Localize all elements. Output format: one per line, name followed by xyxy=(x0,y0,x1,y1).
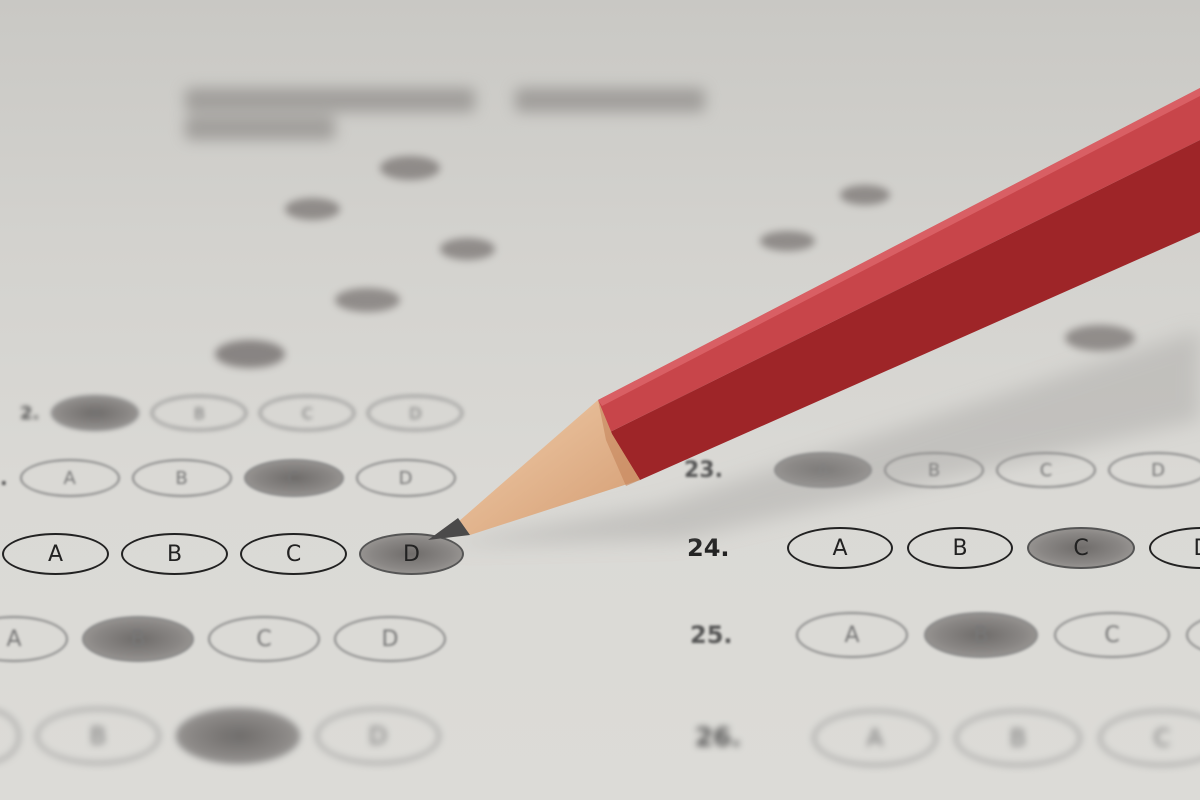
answer-bubble-b[interactable]: B xyxy=(132,459,232,497)
answer-row: 2. A B C D xyxy=(20,395,463,431)
answer-bubble-d[interactable]: D xyxy=(359,533,464,575)
answer-bubble-b[interactable]: B xyxy=(924,612,1038,658)
answer-bubble-a[interactable]: A xyxy=(0,616,68,662)
answer-bubble-c[interactable]: C xyxy=(1099,710,1200,766)
answer-bubble-b[interactable]: B xyxy=(82,616,194,662)
answer-bubble-c[interactable]: C xyxy=(259,395,355,431)
answer-row-focused: 24. A B C D xyxy=(687,527,1200,569)
answer-row: 25. A B C xyxy=(690,612,1200,658)
question-number: 23. xyxy=(684,458,762,483)
pencil-wood-cone xyxy=(458,400,640,535)
answer-bubble-a[interactable]: A xyxy=(0,708,20,764)
answer-bubble-a[interactable]: A xyxy=(796,612,908,658)
answer-bubble-c[interactable]: C xyxy=(240,533,347,575)
answer-bubble-c[interactable]: C xyxy=(176,708,300,764)
answer-bubble-b[interactable]: B xyxy=(884,452,984,488)
answer-bubble-b[interactable]: B xyxy=(121,533,228,575)
answer-bubble-b[interactable]: B xyxy=(955,710,1081,766)
question-number: 2. xyxy=(20,403,39,424)
answer-row: 23. A B C D xyxy=(684,452,1200,488)
answer-row: A B C D xyxy=(0,708,440,764)
answer-row-active: A B C D xyxy=(2,533,464,575)
answer-bubble-d[interactable]: D xyxy=(356,459,456,497)
question-number: 24. xyxy=(687,534,773,562)
answer-bubble-c[interactable]: C xyxy=(1027,527,1135,569)
answer-bubble-c[interactable]: C xyxy=(244,459,344,497)
blurred-rows-top-left xyxy=(60,150,540,390)
answer-sheet-photo: 2. A B C D . A B C D A B C D A B C D A B… xyxy=(0,0,1200,800)
answer-row: . A B C D xyxy=(0,459,456,497)
answer-row: A B C D xyxy=(0,616,446,662)
blurred-sheet-title xyxy=(185,88,905,124)
answer-bubble-d[interactable]: D xyxy=(1108,452,1200,488)
answer-bubble-d[interactable]: D xyxy=(367,395,463,431)
answer-bubble-a[interactable]: A xyxy=(774,452,872,488)
answer-row: 26. A B C xyxy=(695,710,1200,766)
answer-bubble-a[interactable]: A xyxy=(51,395,139,431)
answer-bubble-a[interactable]: A xyxy=(20,459,120,497)
answer-bubble-a[interactable]: A xyxy=(787,527,893,569)
answer-bubble-d[interactable]: D xyxy=(1149,527,1200,569)
answer-bubble-b[interactable]: B xyxy=(151,395,247,431)
blurred-rows-top-right xyxy=(680,175,1180,375)
answer-bubble-c[interactable]: C xyxy=(1054,612,1170,658)
answer-bubble-c[interactable]: C xyxy=(208,616,320,662)
question-number: . xyxy=(0,466,8,490)
answer-bubble-d[interactable]: D xyxy=(316,708,440,764)
question-number: 25. xyxy=(690,621,780,649)
answer-bubble-b[interactable]: B xyxy=(907,527,1013,569)
answer-bubble-b[interactable]: B xyxy=(36,708,160,764)
answer-bubble-d[interactable] xyxy=(1186,612,1200,658)
answer-bubble-c[interactable]: C xyxy=(996,452,1096,488)
answer-bubble-a[interactable]: A xyxy=(813,710,937,766)
answer-bubble-d[interactable]: D xyxy=(334,616,446,662)
question-number: 26. xyxy=(695,723,795,753)
answer-bubble-a[interactable]: A xyxy=(2,533,109,575)
